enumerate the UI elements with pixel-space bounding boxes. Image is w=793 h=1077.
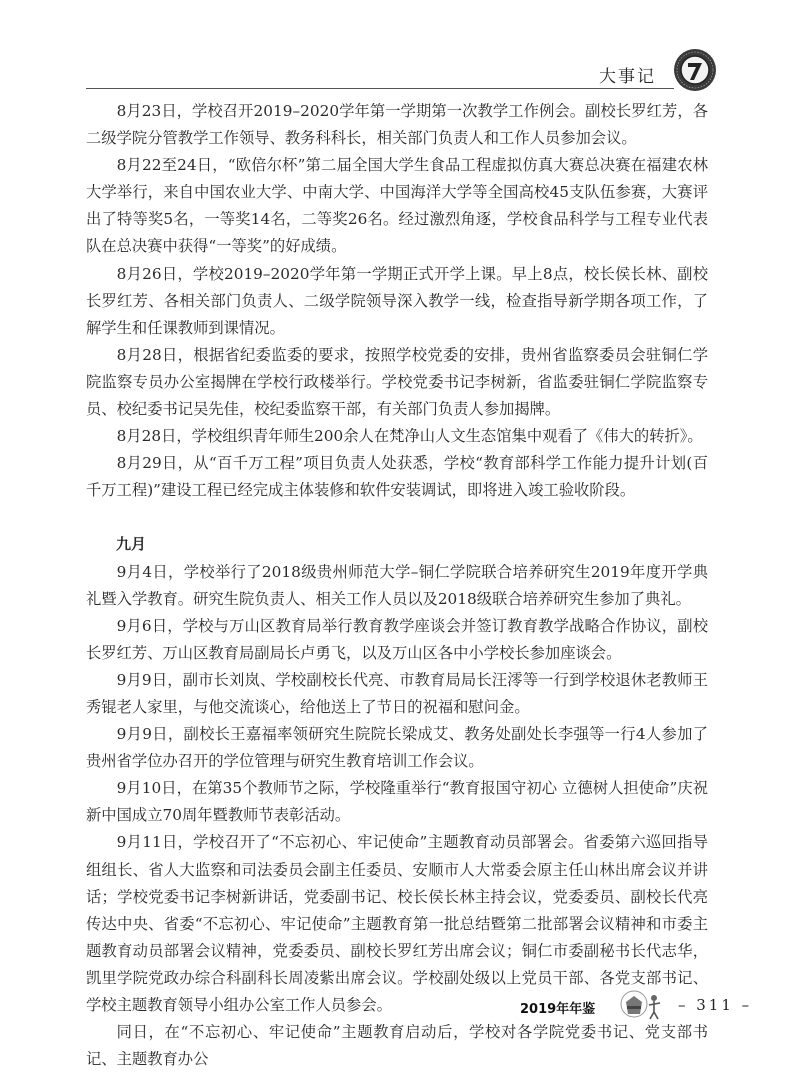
entry-aug-28-a: 8月28日，根据省纪委监委的要求，按照学校党委的安排，贵州省监察委员会驻铜仁学院…: [86, 342, 708, 423]
running-header: 大事记: [86, 0, 716, 100]
month-heading-september: 九月: [86, 531, 708, 558]
entry-sep-4: 9月4日，学校举行了2018级贵州师范大学–铜仁学院联合培养研究生2019年度开…: [86, 559, 708, 613]
header-divider: [86, 88, 674, 89]
page-footer: 2019年年鉴 – 311 –: [520, 988, 760, 1028]
entry-sep-10: 9月10日，在第35个教师节之际，学校隆重举行“教育报国守初心 立德树人担使命”…: [86, 775, 708, 829]
yearbook-mascot-icon: [618, 988, 666, 1024]
entry-aug-23: 8月23日，学校召开2019–2020学年第一学期第一次教学工作例会。副校长罗红…: [86, 98, 708, 152]
entry-sep-9-a: 9月9日，副市长刘岚、学校副校长代亮、市教育局局长汪澪等一行到学校退休老教师王秀…: [86, 667, 708, 721]
entry-aug-28-b: 8月28日，学校组织青年师生200余人在梵净山人文生态馆集中观看了《伟大的转折》…: [86, 423, 708, 450]
entry-aug-22-24: 8月22至24日，“欧倍尔杯”第二届全国大学生食品工程虚拟仿真大赛总决赛在福建农…: [86, 152, 708, 260]
entry-aug-29: 8月29日，从“百千万工程”项目负责人处获悉，学校“教育部科学工作能力提升计划(…: [86, 450, 708, 504]
page-number: – 311 –: [678, 996, 752, 1014]
entry-aug-26: 8月26日，学校2019–2020学年第一学期正式开学上课。早上8点，校长侯长林…: [86, 261, 708, 342]
university-seal-icon: [673, 48, 717, 92]
entry-sep-6: 9月6日，学校与万山区教育局举行教育教学座谈会并签订教育教学战略合作协议，副校长…: [86, 613, 708, 667]
section-title: 大事记: [599, 62, 656, 87]
entry-sep-9-b: 9月9日，副校长王嘉福率领研究生院院长梁成艾、教务处副处长李强等一行4人参加了贵…: [86, 721, 708, 775]
document-body: 8月23日，学校召开2019–2020学年第一学期第一次教学工作例会。副校长罗红…: [86, 98, 708, 1073]
yearbook-title: 2019年年鉴: [520, 998, 595, 1017]
